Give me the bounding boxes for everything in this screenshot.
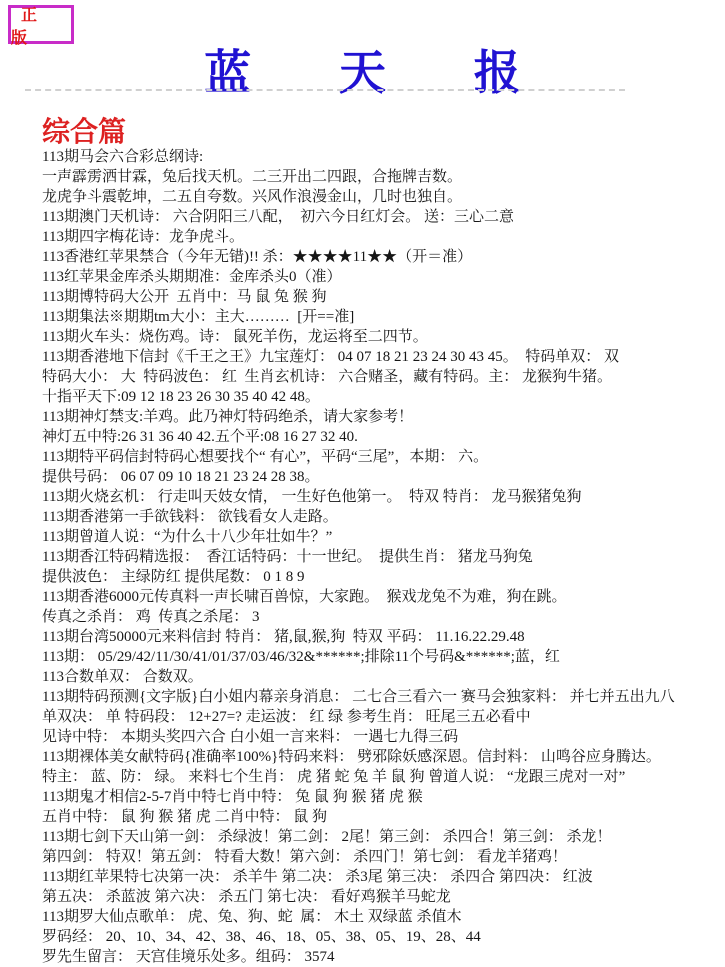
- tip-line: 113期博特码大公开 五肖中：马 鼠 兔 猴 狗: [42, 287, 719, 307]
- tip-line: 113期鬼才相信2-5-7肖中特七肖中特： 兔 鼠 狗 猴 猪 虎 猴: [42, 787, 719, 807]
- tip-line: 113期特码预测{文字版}白小姐内幕亲身消息： 二七合三看六一 赛马会独家料： …: [42, 687, 719, 707]
- tip-line: 113期四字梅花诗：龙争虎斗。: [42, 227, 719, 247]
- tip-line: 特码大小： 大 特码波色： 红 生肖玄机诗： 六合赌圣，藏有特码。主： 龙猴狗牛…: [42, 367, 719, 387]
- tip-line: 一声霹雳洒甘霖，兔后找天机。二三开出二四跟，合拖牌吉数。: [42, 167, 719, 187]
- tip-line: 113期香江特码精选报： 香江话特码：十一世纪。 提供生肖： 猪龙马狗兔: [42, 547, 719, 567]
- tip-line: 见诗中特： 本期头奖四六合 白小姐一言来料： 一遇七九得三码: [42, 727, 719, 747]
- tip-line: 113红苹果金库杀头期期准：金库杀头0（准）: [42, 267, 719, 287]
- title-underline-divider: [25, 89, 625, 91]
- tip-line: 113期香港地下信封《千王之王》九宝莲灯： 04 07 18 21 23 24 …: [42, 347, 719, 367]
- tip-line: 113期澳门天机诗： 六合阴阳三八配， 初六今日红灯会。 送：三心二意: [42, 207, 719, 227]
- tip-line: 五肖中特： 鼠 狗 猴 猪 虎 二肖中特： 鼠 狗: [42, 807, 719, 827]
- section-heading: 综合篇: [42, 110, 126, 150]
- tip-line: 单双决： 单 特码段： 12+27=? 走运波： 红 绿 参考生肖： 旺尾三五必…: [42, 707, 719, 727]
- tip-line: 113期曾道人说：“为什么十八少年壮如牛？”: [42, 527, 719, 547]
- tip-line: 第四剑： 特双！第五剑： 特看大数！第六剑： 杀四门！第七剑： 看龙羊猪鸡！: [42, 847, 719, 867]
- tip-line: 113期台湾50000元来料信封 特肖： 猪,鼠,猴,狗 特双 平码： 11.1…: [42, 627, 719, 647]
- tip-line: 神灯五中特:26 31 36 40 42.五个平:08 16 27 32 40.: [42, 427, 719, 447]
- tip-line: 龙虎争斗震乾坤，二五自夸数。兴风作浪漫金山，几时也独自。: [42, 187, 719, 207]
- tip-line: 113期火烧玄机： 行走叫天妓女情， 一生好色他第一。 特双 特肖： 龙马猴猪兔…: [42, 487, 719, 507]
- tip-line: 提供波色： 主绿防红 提供尾数： 0 1 8 9: [42, 567, 719, 587]
- tip-line: 113期罗大仙点歌单： 虎、兔、狗、蛇 属： 木土 双绿蓝 杀值木: [42, 907, 719, 927]
- tip-line: 113合数单双： 合数双。: [42, 667, 719, 687]
- tip-line: 传真之杀肖： 鸡 传真之杀尾： 3: [42, 607, 719, 627]
- tip-line: 113期香港第一手欲钱料： 欲钱看女人走路。: [42, 507, 719, 527]
- tip-line: 113期火车头：烧伤鸡。诗： 鼠死羊伤，龙运将至二四节。: [42, 327, 719, 347]
- tip-line: 第五决： 杀蓝波 第六决： 杀五门 第七决： 看好鸡猴羊马蛇龙: [42, 887, 719, 907]
- tip-line: 113期红苹果特七决第一决： 杀羊牛 第二决： 杀3尾 第三决： 杀四合 第四决…: [42, 867, 719, 887]
- page-title: 蓝 天 报: [0, 36, 725, 103]
- tip-line: 罗先生留言： 天宫佳境乐处多。组码： 3574: [42, 947, 719, 967]
- tip-line: 113香港红苹果禁合（今年无错)!! 杀：★★★★11★★（开＝准）: [42, 247, 719, 267]
- tip-line: 113期七剑下天山第一剑： 杀绿波！第二剑： 2尾！第三剑： 杀四合！第三剑： …: [42, 827, 719, 847]
- tip-line: 提供号码： 06 07 09 10 18 21 23 24 28 38。: [42, 467, 719, 487]
- tip-line: 113期马会六合彩总纲诗:: [42, 147, 719, 167]
- tips-content: 113期马会六合彩总纲诗:一声霹雳洒甘霖，兔后找天机。二三开出二四跟，合拖牌吉数…: [42, 147, 719, 967]
- tip-line: 113期香港6000元传真料一声长啸百兽惊，大家跑。 猴戏龙兔不为难，狗在跳。: [42, 587, 719, 607]
- tip-line: 113期特平码信封特码心想要找个“ 有心”，平码“三尾”，本期： 六。: [42, 447, 719, 467]
- tip-line: 113期： 05/29/42/11/30/41/01/37/03/46/32&*…: [42, 647, 719, 667]
- tip-line: 113期裸体美女献特码{准确率100%}特码来料： 劈邪除妖感深恩。信封料： 山…: [42, 747, 719, 767]
- tip-line: 113期神灯禁支:羊鸡。此乃神灯特码绝杀，请大家参考！: [42, 407, 719, 427]
- tip-line: 特主： 蓝、防： 绿。 来料七个生肖： 虎 猪 蛇 兔 羊 鼠 狗 曾道人说： …: [42, 767, 719, 787]
- tip-line: 113期集法※期期tm大小：主大……… [开==准]: [42, 307, 719, 327]
- tip-line: 罗码经： 20、10、34、42、38、46、18、05、38、05、19、28…: [42, 927, 719, 947]
- tip-line: 十指平天下:09 12 18 23 26 30 35 40 42 48。: [42, 387, 719, 407]
